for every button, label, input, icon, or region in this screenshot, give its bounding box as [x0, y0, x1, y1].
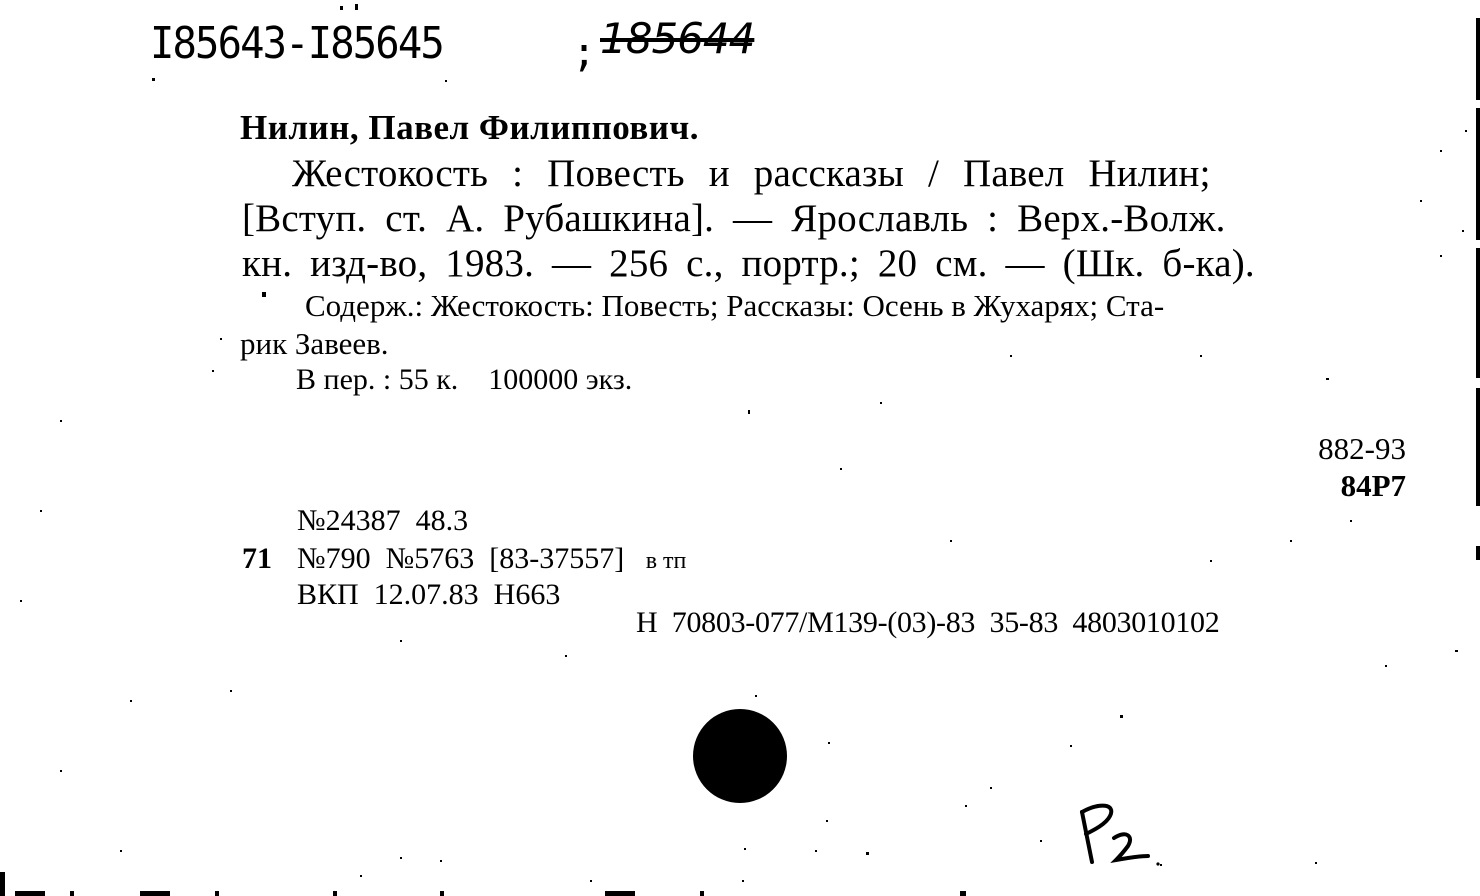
card-right-edge [1476, 0, 1480, 896]
tech-line-2-prefix: 71 [242, 544, 272, 574]
tech-line-4: Н 70803-077/М139-(03)-83 35-83 480301010… [636, 608, 1219, 638]
contents-note-line-2: рик Завеев. [240, 328, 389, 359]
bbk-code: 84Р7 [1318, 467, 1406, 504]
tech-line-2-suffix: в тп [646, 548, 687, 574]
struck-inventory-number: 185644 [600, 18, 754, 60]
price-print-run: В пер. : 55 к. 100000 экз. [296, 365, 632, 395]
classification-codes: 882-93 84Р7 [1318, 430, 1406, 504]
tech-line-2-main: №790 №5763 [83-37557] [297, 542, 624, 575]
title-line: Жестокость : Повесть и рассказы / Павел … [292, 154, 1211, 193]
handwritten-mark-r2 [1070, 790, 1160, 870]
inventory-numbers: I85643-I85645 [150, 22, 443, 66]
udc-code: 882-93 [1318, 430, 1406, 467]
author-heading: Нилин, Павел Филиппович. [240, 110, 699, 145]
catalog-card: I85643-I85645 ; 185644 Нилин, Павел Фили… [0, 0, 1480, 896]
physical-description-line: кн. изд-во, 1983. — 256 с., портр.; 20 с… [242, 244, 1255, 283]
tech-line-2: №790 №5763 [83-37557] в тп [297, 544, 686, 574]
publication-line: [Вступ. ст. А. Рубашкина]. — Ярославль :… [242, 199, 1226, 238]
punch-hole [693, 709, 787, 803]
contents-note-line-1: Содерж.: Жестокость: Повесть; Рассказы: … [305, 290, 1164, 321]
inventory-separator: ; [572, 30, 596, 76]
tech-line-1: №24387 48.3 [297, 506, 468, 536]
card-bottom-edge [0, 891, 1480, 896]
tech-line-3: ВКП 12.07.83 Н663 [297, 580, 560, 610]
